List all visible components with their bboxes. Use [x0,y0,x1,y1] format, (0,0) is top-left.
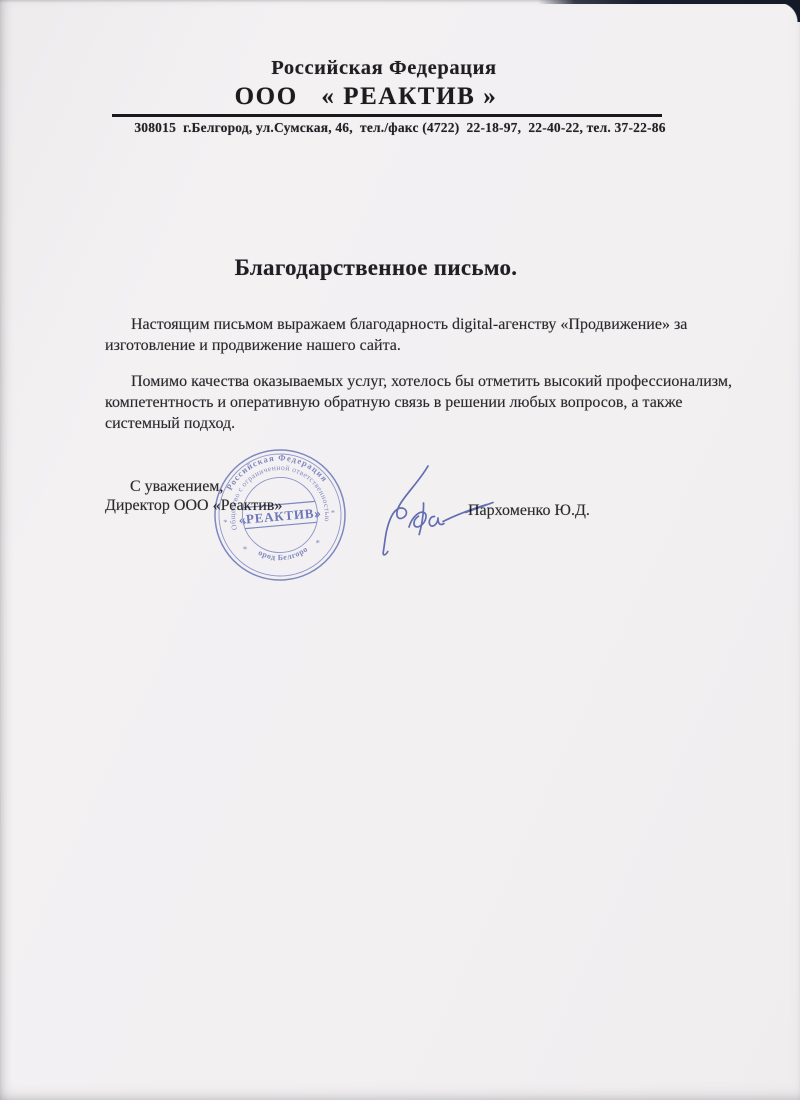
stamp-center-name: «РЕАКТИВ» [238,505,322,527]
letterhead-country: Российская Федерация [0,57,768,80]
paragraph-2-line-1: Помимо качества оказываемых услуг, хотел… [105,371,732,392]
handwritten-signature-icon [350,450,500,560]
scan-edge-artifact [538,0,800,4]
stamp-left-diamond-icon: ✦ [241,519,248,527]
paragraph-2-line-3: системный подход. [105,413,732,434]
letterhead-rule [112,114,662,117]
stamp-left-star-icon: * [223,518,228,527]
stamp-lower-left-star-icon: * [242,544,248,554]
stamp-right-star-icon: * [331,508,336,517]
paragraph-2: Помимо качества оказываемых услуг, хотел… [105,371,732,434]
letterhead-address-phone: 308015 г.Белгород, ул.Сумская, 46, тел./… [0,120,800,136]
scanned-letter-page: Российская Федерация ООО « РЕАКТИВ » 308… [0,0,800,1100]
company-round-stamp-icon: Российская Федерация Общество с ограниче… [204,439,356,591]
stamp-right-diamond-icon: ✦ [313,513,320,521]
paragraph-1: Настоящим письмом выражаем благодарность… [105,314,687,356]
paragraph-2-line-2: компетентность и оперативную обратную св… [105,392,732,413]
letter-title: Благодарственное письмо. [0,255,752,281]
scan-corner-artifact [778,0,800,22]
paragraph-1-line-2: изготовление и продвижение нашего сайта. [105,335,687,356]
paragraph-1-line-1: Настоящим письмом выражаем благодарность… [105,314,687,335]
letterhead-company-name: ООО « РЕАКТИВ » [0,83,732,111]
stamp-lower-right-star-icon: * [315,538,321,548]
